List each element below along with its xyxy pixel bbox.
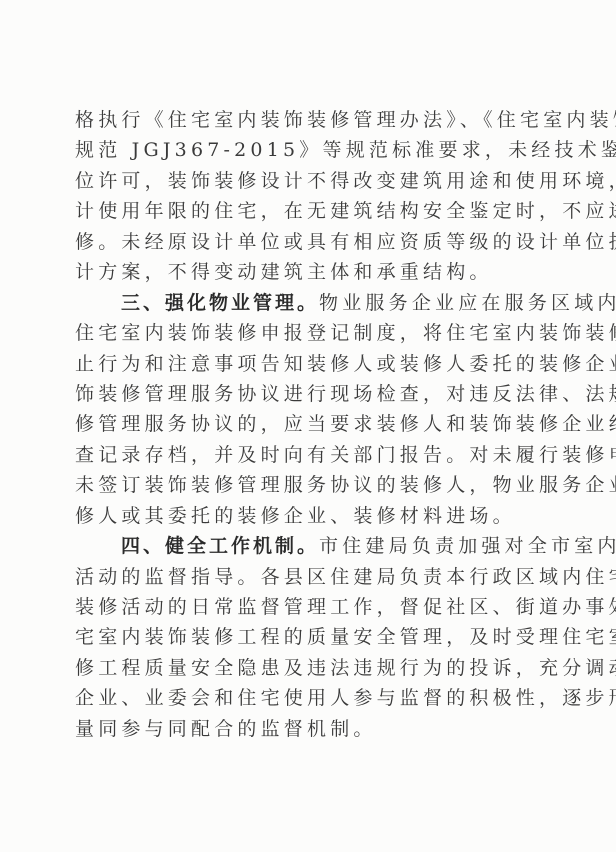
text-line: 饰装修管理服务协议进行现场检查，对违反法律、法规和装饰装: [75, 379, 545, 409]
paragraph-design-requirements: 格执行《住宅室内装饰装修管理办法》、《住宅室内装饰装修设计 规范 JGJ367-…: [75, 105, 545, 288]
text-line: 装修活动的日常监督管理工作，督促社区、街道办事处加强对住: [75, 592, 545, 622]
text-line: 企业、业委会和住宅使用人参与监督的积极性，逐步形成各方力: [75, 683, 545, 713]
text-line: 修工程质量安全隐患及违法违规行为的投诉，充分调动物业服务: [75, 653, 545, 683]
section-heading-work-mechanism: 四、健全工作机制。: [121, 535, 319, 557]
paragraph-work-mechanism: 四、健全工作机制。市住建局负责加强对全市室内装饰装修 活动的监督指导。各县区住建…: [75, 531, 545, 744]
text-line: 查记录存档，并及时向有关部门报告。对未履行装修申报登记、: [75, 440, 545, 470]
text-line: 规范 JGJ367-2015》等规范标准要求，未经技术鉴定或原设计单: [75, 135, 545, 165]
text-line: 计方案，不得变动建筑主体和承重结构。: [75, 257, 545, 287]
text-line: 四、健全工作机制。市住建局负责加强对全市室内装饰装修: [75, 531, 545, 561]
text-line: 宅室内装饰装修工程的质量安全管理，及时受理住宅室内装饰装: [75, 622, 545, 652]
text-line: 修管理服务协议的，应当要求装修人和装饰装修企业纠正，将检: [75, 409, 545, 439]
paragraph-property-management: 三、强化物业管理。物业服务企业应在服务区域内全面实行 住宅室内装饰装修申报登记制…: [75, 288, 545, 532]
document-body: 格执行《住宅室内装饰装修管理办法》、《住宅室内装饰装修设计 规范 JGJ367-…: [75, 105, 545, 744]
text-line: 住宅室内装饰装修申报登记制度，将住宅室内装饰装修工程的禁: [75, 318, 545, 348]
text-run: 市住建局负责加强对全市室内装饰装修: [319, 535, 616, 557]
text-line: 三、强化物业管理。物业服务企业应在服务区域内全面实行: [75, 288, 545, 318]
text-line: 格执行《住宅室内装饰装修管理办法》、《住宅室内装饰装修设计: [75, 105, 545, 135]
text-line: 计使用年限的住宅，在无建筑结构安全鉴定时，不应进行装饰装: [75, 196, 545, 226]
text-line: 量同参与同配合的监督机制。: [75, 714, 545, 744]
document-page: 格执行《住宅室内装饰装修管理办法》、《住宅室内装饰装修设计 规范 JGJ367-…: [0, 0, 616, 852]
text-line: 修。未经原设计单位或具有相应资质等级的设计单位提出合理设: [75, 227, 545, 257]
section-heading-property-management: 三、强化物业管理。: [121, 292, 319, 314]
text-line: 活动的监督指导。各县区住建局负责本行政区域内住宅室内装饰: [75, 562, 545, 592]
text-line: 位许可，装饰装修设计不得改变建筑用途和使用环境，对超过设: [75, 166, 545, 196]
text-line: 修人或其委托的装修企业、装修材料进场。: [75, 501, 545, 531]
text-line: 止行为和注意事项告知装修人或装修人委托的装修企业，按照装: [75, 349, 545, 379]
text-line: 未签订装饰装修管理服务协议的装修人，物业服务企业可限制装: [75, 470, 545, 500]
text-run: 物业服务企业应在服务区域内全面实行: [319, 292, 616, 314]
